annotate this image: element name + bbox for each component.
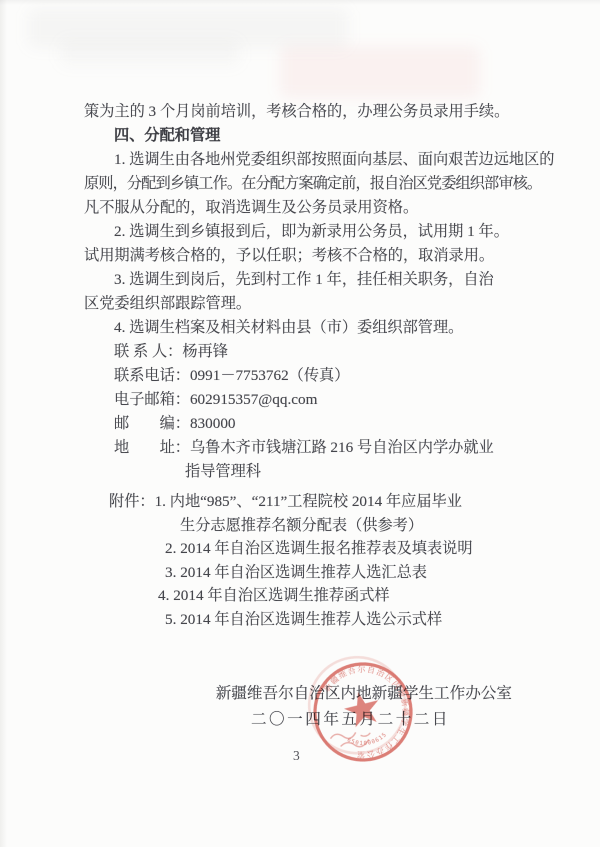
para-3-line-2: 区党委组织部跟踪管理。 [84, 292, 528, 316]
section-heading: 四、分配和管理 [84, 124, 528, 148]
star-icon [341, 688, 383, 729]
scan-edge-top [0, 0, 600, 5]
text-line-training: 策为主的 3 个月岗前培训，考核合格的，办理公务员录用手续。 [84, 100, 528, 124]
para-1-line-2: 原则，分配到乡镇工作。在分配方案确定前，报自治区党委组织部审核。 [84, 172, 528, 196]
document-page: 策为主的 3 个月岗前培训，考核合格的，办理公务员录用手续。 四、分配和管理 1… [0, 0, 600, 847]
attachment-1-line-2: 生分志愿推荐名额分配表（供参考） [180, 514, 528, 538]
para-1-line-3: 凡不服从分配的，取消选调生及公务员录用资格。 [84, 196, 528, 220]
attachment-3-line: 3. 2014 年自治区选调生推荐人选汇总表 [165, 561, 528, 585]
para-1-line-1: 1. 选调生由各地州党委组织部按照面向基层、面向艰苦边远地区的 [84, 148, 528, 172]
bleed-through-mark [60, 40, 240, 66]
attachment-1-line-1: 附件：1. 内地“985”、“211”工程院校 2014 年应届毕业 [109, 490, 528, 514]
para-2-line-2: 试用期满考核合格的，予以任职；考核不合格的，取消录用。 [84, 244, 528, 268]
bleed-through-stamp-mark [280, 46, 480, 98]
para-3-line-1: 3. 选调生到岗后，先到村工作 1 年，挂任相关职务，自治 [84, 268, 528, 292]
page-number: 3 [293, 748, 300, 764]
contact-person-line: 联 系 人：杨再锋 [84, 340, 528, 364]
para-2-line-1: 2. 选调生到乡镇报到后，即为新录用公务员，试用期 1 年。 [84, 220, 528, 244]
scan-edge-left [0, 0, 7, 847]
contact-address-line-2: 指导管理科 [185, 460, 528, 484]
contact-email-line: 电子邮箱：602915357@qq.com [84, 388, 528, 412]
para-4-line: 4. 选调生档案及相关材料由县（市）委组织部管理。 [84, 316, 528, 340]
contact-postcode-line: 邮 编：830000 [84, 412, 528, 436]
attachment-5-line: 5. 2014 年自治区选调生推荐人选公示式样 [165, 608, 528, 632]
body-text: 策为主的 3 个月岗前培训，考核合格的，办理公务员录用手续。 四、分配和管理 1… [84, 100, 528, 632]
contact-phone-line: 联系电话：0991－7753762（传真） [84, 364, 528, 388]
attachment-2-line: 2. 2014 年自治区选调生报名推荐表及填表说明 [165, 537, 528, 561]
contact-address-line-1: 地 址：乌鲁木齐市钱塘江路 216 号自治区内学办就业 [84, 436, 528, 460]
official-seal-stamp: 新疆维吾尔自治区内地新疆学生工作办公室 6501000615 [290, 639, 435, 784]
attachment-4-line: 4. 2014 年自治区选调生推荐函式样 [158, 584, 528, 608]
